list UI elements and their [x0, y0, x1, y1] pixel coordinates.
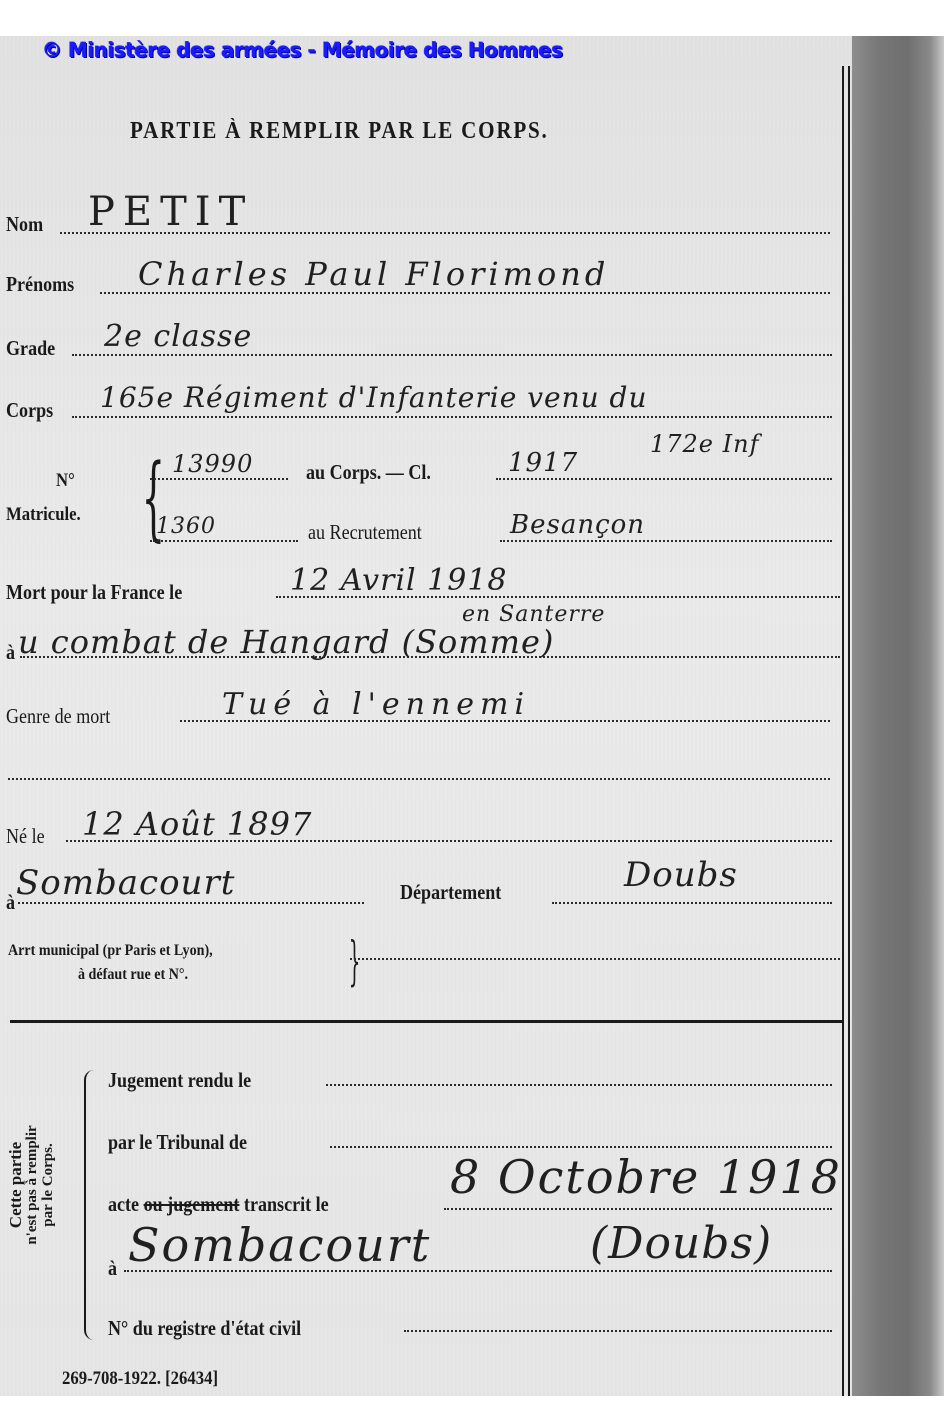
arrondissement-brace: } [349, 936, 361, 988]
nom-label: Nom [6, 214, 43, 235]
recrutement-text: au Recrutement [308, 522, 440, 543]
form-heading: PARTIE À REMPLIR PAR LE CORPS. [130, 118, 549, 145]
recrutement-label: au Recrutement [308, 522, 422, 543]
arrondissement-label-line2: à défaut rue et N°. [78, 966, 188, 984]
field-tribunal: par le Tribunal de [108, 1132, 270, 1153]
nom-value: PETIT [88, 192, 253, 232]
lieu-mort-label: à [6, 642, 15, 663]
matricule-corps-label: au Corps. — Cl. [306, 462, 431, 483]
matricule-recrutement-line [150, 540, 298, 542]
acte-value: 8 Octobre 1918 [450, 1154, 842, 1200]
margin-rule [848, 66, 850, 1396]
arrondissement-label-line1: Arrt municipal (pr Paris et Lyon), [8, 942, 213, 960]
field-lieu-mort: à [6, 642, 17, 663]
naissance-label: Né le [6, 826, 45, 847]
recrutement-place-line [500, 540, 832, 542]
margin-rule [842, 66, 844, 1396]
corps-label: Corps [6, 400, 53, 421]
field-registre: N° du registre d'état civil [108, 1318, 333, 1339]
field-genre-mort: Genre de mort [6, 706, 127, 727]
side-note-line3: par le Corps. [40, 1070, 56, 1300]
recrutement-place-value: Besançon [510, 512, 645, 538]
prenoms-label: Prénoms [6, 274, 74, 295]
binding-spine [852, 36, 944, 1396]
grade-line [72, 354, 832, 356]
departement-label: Département [400, 882, 501, 903]
departement-line [552, 902, 832, 904]
mort-value: 12 Avril 1918 [290, 566, 508, 596]
acte-label-prefix: acte [108, 1192, 144, 1216]
genre-mort-value: Tué à l'ennemi [222, 690, 530, 720]
transcription-lieu-value: Sombacourt [128, 1222, 431, 1268]
matricule-recrutement-value: 1360 [156, 516, 216, 538]
naissance-value: 12 Août 1897 [82, 808, 312, 840]
matricule-corps-value: 13990 [172, 452, 253, 476]
field-grade: Grade [6, 338, 63, 359]
copyright-watermark: © Ministère des armées - Mémoire des Hom… [42, 38, 563, 62]
section-divider [10, 1020, 844, 1023]
corps-value-line2: 172e Inf [650, 432, 759, 456]
transcription-lieu-label: à [108, 1258, 117, 1279]
departement-field: Département [400, 882, 518, 903]
field-jugement: Jugement rendu le [108, 1070, 274, 1091]
matricule-corps-text: au Corps. — Cl. [306, 462, 451, 483]
jugement-label: Jugement rendu le [108, 1070, 251, 1091]
acte-label-suffix: transcrit le [239, 1192, 328, 1216]
side-brace [84, 1070, 98, 1340]
lieu-naissance-value: Sombacourt [16, 866, 235, 900]
acte-label-struck: ou jugement [144, 1192, 240, 1216]
acte-label: acte ou jugement transcrit le [108, 1194, 329, 1215]
prenoms-value: Charles Paul Florimond [138, 258, 609, 290]
side-note: Cette partie n'est pas à remplir par le … [8, 1070, 56, 1300]
field-transcription-lieu: à [108, 1258, 119, 1279]
jugement-line [326, 1084, 832, 1086]
field-corps: Corps [6, 400, 61, 421]
lieu-naissance-label: à [6, 892, 15, 913]
blank-line [8, 778, 830, 780]
matricule-corps-line [150, 478, 288, 480]
field-acte: acte ou jugement transcrit le [108, 1194, 365, 1215]
mort-label: Mort pour la France le [6, 582, 182, 603]
registre-label: N° du registre d'état civil [108, 1318, 301, 1339]
matricule-no-label: N° [56, 470, 75, 492]
grade-value: 2e classe [104, 322, 252, 352]
corps-line [72, 416, 832, 418]
arrondissement-line [350, 958, 840, 960]
field-naissance: Né le [6, 826, 51, 847]
acte-line [444, 1208, 832, 1210]
tribunal-label: par le Tribunal de [108, 1132, 247, 1153]
field-lieu-naissance: à [6, 892, 17, 913]
side-note-line1: Cette partie [8, 1070, 24, 1300]
grade-label: Grade [6, 338, 55, 359]
field-prenoms: Prénoms [6, 274, 85, 295]
field-nom: Nom [6, 214, 49, 235]
form-reference-footer: 269-708-1922. [26434] [62, 1368, 218, 1390]
registre-line [404, 1330, 832, 1332]
matricule-label: Matricule. [6, 504, 81, 526]
field-mort: Mort pour la France le [6, 582, 211, 603]
tribunal-line [330, 1146, 832, 1148]
classe-line [496, 478, 832, 480]
lieu-mort-value: u combat de Hangard (Somme) [18, 626, 554, 658]
classe-value: 1917 [508, 450, 578, 476]
transcription-dept-value: (Doubs) [590, 1222, 772, 1266]
side-note-line2: n'est pas à remplir [24, 1070, 40, 1300]
corps-value: 165e Régiment d'Infanterie venu du [100, 384, 648, 412]
genre-mort-label: Genre de mort [6, 706, 110, 727]
departement-value: Doubs [624, 858, 738, 892]
